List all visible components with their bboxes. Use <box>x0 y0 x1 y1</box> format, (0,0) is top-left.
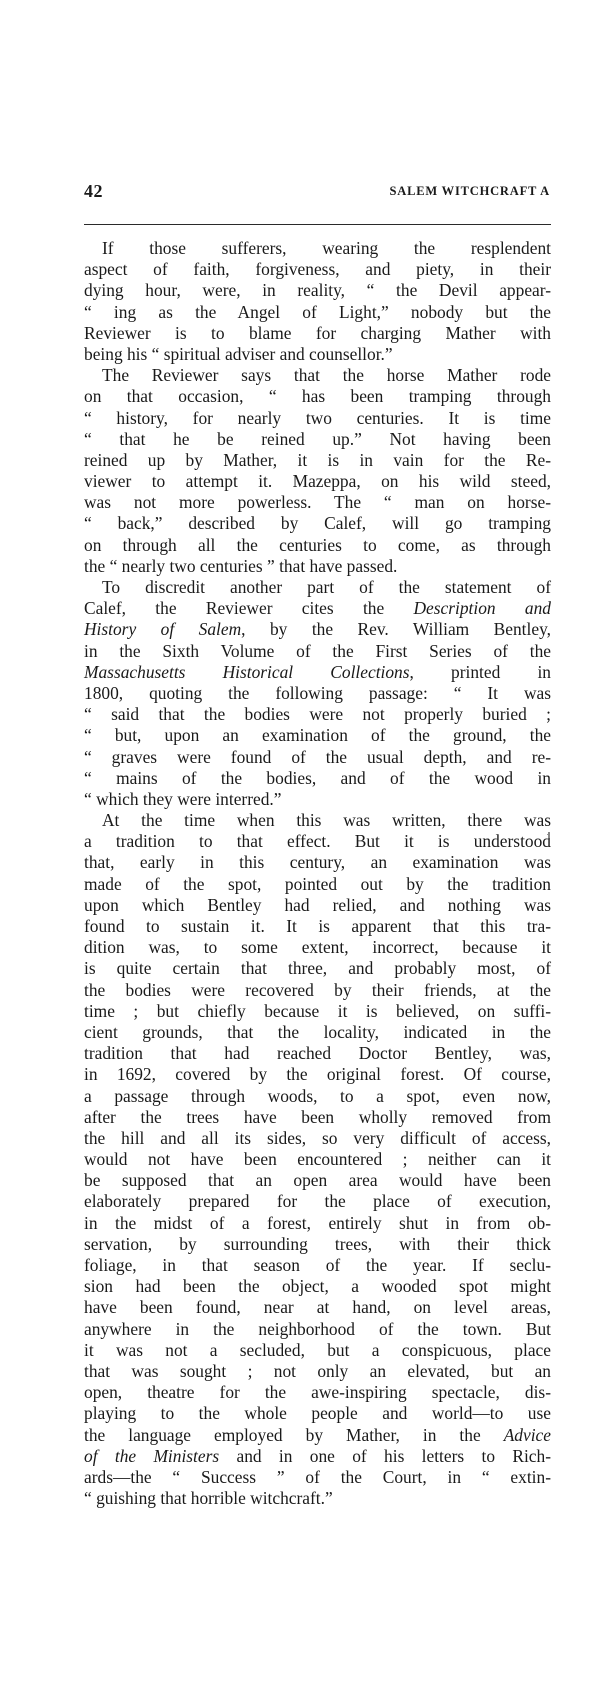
text-line: have been found, near at hand, on level … <box>84 1297 551 1318</box>
text-line: in 1692, covered by the original forest.… <box>84 1064 551 1085</box>
text-line: found to sustain it. It is apparent that… <box>84 916 551 937</box>
text-line: of the Ministers and in one of his lette… <box>84 1446 551 1467</box>
body-text: If those sufferers, wearing the resplend… <box>84 238 551 1509</box>
book-page: 42 SALEM WITCHCRAFT A If those sufferers… <box>0 0 600 1695</box>
italic-title: Advice <box>504 1425 551 1445</box>
text-line: it was not a secluded, but a conspicuous… <box>84 1340 551 1361</box>
text-line: the hill and all its sides, so very diff… <box>84 1128 551 1149</box>
text-line: the bodies were recovered by their frien… <box>84 980 551 1001</box>
text-line: “ guishing that horrible witchcraft.” <box>84 1488 551 1509</box>
scan-speck <box>548 832 550 838</box>
text-line: was not more powerless. The “ man on hor… <box>84 492 551 513</box>
text-line: anywhere in the neighborhood of the town… <box>84 1319 551 1340</box>
text-line: in the midst of a forest, entirely shut … <box>84 1213 551 1234</box>
text-line: cient grounds, that the locality, indica… <box>84 1022 551 1043</box>
text-line: in the Sixth Volume of the First Series … <box>84 641 551 662</box>
text-line: Reviewer is to blame for charging Mather… <box>84 323 551 344</box>
text-line: sion had been the object, a wooded spot … <box>84 1276 551 1297</box>
text-line: elaborately prepared for the place of ex… <box>84 1191 551 1212</box>
text-line: viewer to attempt it. Mazeppa, on his wi… <box>84 471 551 492</box>
text-line: To discredit another part of the stateme… <box>84 577 551 598</box>
text-line: playing to the whole people and world—to… <box>84 1403 551 1424</box>
text-line: upon which Bentley had relied, and nothi… <box>84 895 551 916</box>
paragraph: If those sufferers, wearing the resplend… <box>84 238 551 365</box>
text-line: dying hour, were, in reality, “ the Devi… <box>84 280 551 301</box>
text-line: “ history, for nearly two centuries. It … <box>84 408 551 429</box>
text-line: foliage, in that season of the year. If … <box>84 1255 551 1276</box>
italic-title: of the Ministers <box>84 1446 219 1466</box>
italic-title: Massachusetts Historical Collections <box>84 662 410 682</box>
text-line: “ ing as the Angel of Light,” nobody but… <box>84 302 551 323</box>
text-line: time ; but chiefly because it is believe… <box>84 1001 551 1022</box>
text-line: aspect of faith, forgiveness, and piety,… <box>84 259 551 280</box>
text-line: the language employed by Mather, in the … <box>84 1425 551 1446</box>
page-number: 42 <box>84 181 103 202</box>
text-line: ards—the “ Success ” of the Court, in “ … <box>84 1467 551 1488</box>
text-line: Massachusetts Historical Collections, pr… <box>84 662 551 683</box>
text-line: “ that he be reined up.” Not having been <box>84 429 551 450</box>
text-line: on that occasion, “ has been tramping th… <box>84 386 551 407</box>
text-line: “ mains of the bodies, and of the wood i… <box>84 768 551 789</box>
text-line: Calef, the Reviewer cites the Descriptio… <box>84 598 551 619</box>
text-line: being his “ spiritual adviser and counse… <box>84 344 551 365</box>
text-line: made of the spot, pointed out by the tra… <box>84 874 551 895</box>
text-line: tradition that had reached Doctor Bentle… <box>84 1043 551 1064</box>
text-line: reined up by Mather, it is in vain for t… <box>84 450 551 471</box>
running-title: SALEM WITCHCRAFT A <box>390 184 551 199</box>
running-head: 42 SALEM WITCHCRAFT A <box>84 181 550 201</box>
header-rule <box>84 224 551 225</box>
text-line: 1800, quoting the following passage: “ I… <box>84 683 551 704</box>
text-line: be supposed that an open area would have… <box>84 1170 551 1191</box>
text-line: a tradition to that effect. But it is un… <box>84 831 551 852</box>
text-line: The Reviewer says that the horse Mather … <box>84 365 551 386</box>
text-line: open, theatre for the awe-inspiring spec… <box>84 1382 551 1403</box>
text-line: after the trees have been wholly removed… <box>84 1107 551 1128</box>
text-line: on through all the centuries to come, as… <box>84 535 551 556</box>
text-line: that was sought ; not only an elevated, … <box>84 1361 551 1382</box>
italic-title: Description and <box>414 598 552 618</box>
text-line: a passage through woods, to a spot, even… <box>84 1086 551 1107</box>
text-line: “ back,” described by Calef, will go tra… <box>84 513 551 534</box>
italic-title: History of Salem <box>84 619 241 639</box>
text-line: is quite certain that three, and probabl… <box>84 958 551 979</box>
paragraph: To discredit another part of the stateme… <box>84 577 551 810</box>
text-line: At the time when this was written, there… <box>84 810 551 831</box>
text-line: If those sufferers, wearing the resplend… <box>84 238 551 259</box>
text-line: the “ nearly two centuries ” that have p… <box>84 556 551 577</box>
text-line: would not have been encountered ; neithe… <box>84 1149 551 1170</box>
text-line: that, early in this century, an examinat… <box>84 852 551 873</box>
text-line: dition was, to some extent, incorrect, b… <box>84 937 551 958</box>
text-line: servation, by surrounding trees, with th… <box>84 1234 551 1255</box>
text-line: History of Salem, by the Rev. William Be… <box>84 619 551 640</box>
text-line: “ said that the bodies were not properly… <box>84 704 551 725</box>
text-line: “ but, upon an examination of the ground… <box>84 725 551 746</box>
text-line: “ graves were found of the usual depth, … <box>84 747 551 768</box>
text-line: “ which they were interred.” <box>84 789 551 810</box>
paragraph: The Reviewer says that the horse Mather … <box>84 365 551 577</box>
paragraph: At the time when this was written, there… <box>84 810 551 1509</box>
